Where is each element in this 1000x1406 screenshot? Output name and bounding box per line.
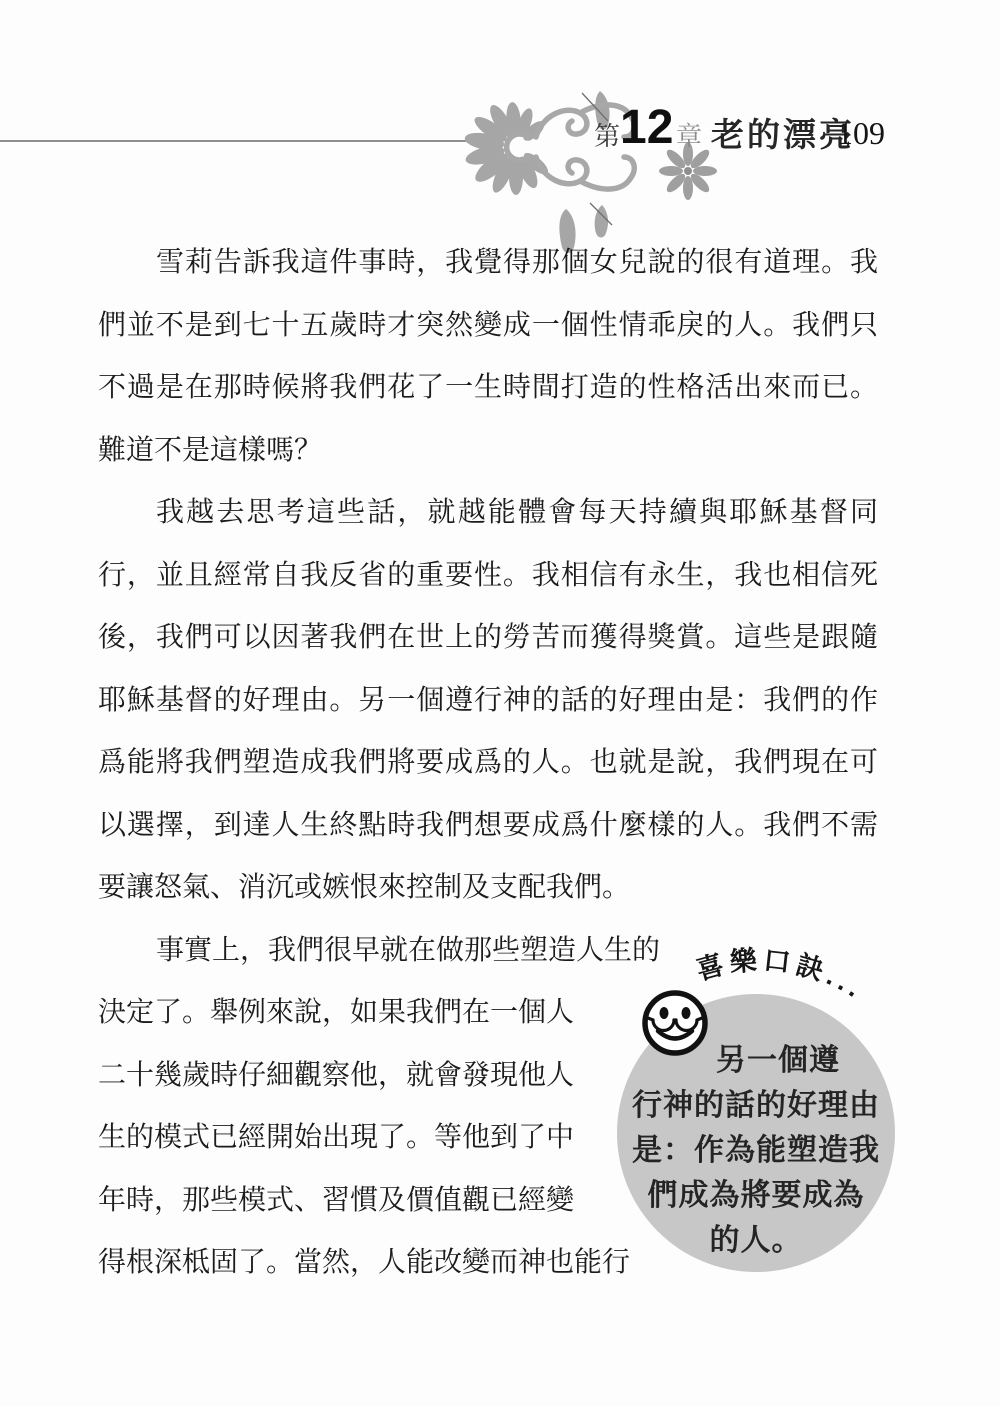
body-text-line: 決定了。舉例來說，如果我們在一個人: [98, 982, 698, 1045]
callout-text-line: 們成為將要成為: [617, 1173, 895, 1218]
body-text-line: 年時，那些模式、習慣及價值觀已經變: [98, 1170, 698, 1233]
svg-text:喜樂口訣...: 喜樂口訣...: [693, 944, 871, 1006]
body-text-line: 耶穌基督的好理由。另一個遵行神的話的好理由是：我們的作: [98, 670, 878, 733]
body-text-line: 二十幾歲時仔細觀察他，就會發現他人: [98, 1045, 698, 1108]
body-text-line: 以選擇，到達人生終點時我們想要成爲什麼樣的人。我們不需: [98, 795, 878, 858]
callout-text-line: 是：作為能塑造我: [617, 1128, 895, 1173]
body-text-line: 雪莉告訴我這件事時，我覺得那個女兒說的很有道理。我: [98, 232, 878, 295]
body-text-line: 得根深柢固了。當然，人能改變而神也能行: [98, 1232, 698, 1295]
chapter-prefix: 第: [594, 124, 620, 150]
book-page: 第 12 章 老的漂亮 109 雪莉告訴我這件事時，我覺得那個女兒說的很有道理。…: [0, 0, 1000, 1406]
body-text-line: 們並不是到七十五歲時才突然變成一個性情乖戾的人。我們只: [98, 295, 878, 358]
callout-text-line: 的人。: [617, 1218, 895, 1263]
body-text-line: 我越去思考這些話，就越能體會每天持續與耶穌基督同: [98, 482, 878, 545]
header-rule: [0, 140, 470, 142]
body-text-line: 後，我們可以因著我們在世上的勞苦而獲得獎賞。這些是跟隨: [98, 607, 878, 670]
body-text-line: 生的模式已經開始出現了。等他到了中: [98, 1107, 698, 1170]
body-text-line: 行，並且經常自我反省的重要性。我相信有永生，我也相信死: [98, 545, 878, 608]
body-text-line: 難道不是這樣嗎？: [98, 420, 878, 483]
body-text-line: 爲能將我們塑造成我們將要成爲的人。也就是說，我們現在可: [98, 732, 878, 795]
body-text-line: 事實上，我們很早就在做那些塑造人生的: [98, 920, 698, 983]
body-text-line: 不過是在那時候將我們花了一生時間打造的性格活出來而已。: [98, 357, 878, 420]
chapter-number: 12: [620, 104, 673, 152]
chapter-title: 老的漂亮: [711, 118, 855, 151]
callout-arc-text: 喜樂口訣...: [693, 944, 871, 1006]
body-text-line: 要讓怒氣、消沉或嫉恨來控制及支配我們。: [98, 857, 878, 920]
page-number: 109: [837, 117, 885, 149]
callout-arc-label: 喜樂口訣...: [640, 940, 920, 1070]
callout-text-line: 行神的話的好理由: [617, 1083, 895, 1128]
chapter-suffix: 章: [676, 124, 702, 150]
